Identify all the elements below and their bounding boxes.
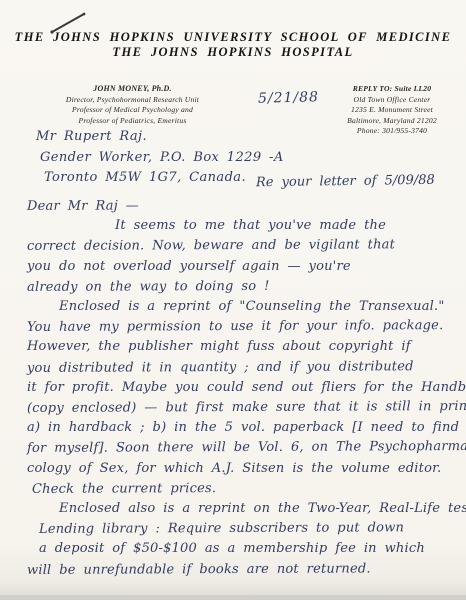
letter-page: THE JOHNS HOPKINS UNIVERSITY SCHOOL OF M…: [0, 0, 466, 600]
body-line: will be unrefundable if books are not re…: [27, 559, 451, 581]
reply-to-line-4: Baltimore, Maryland 21202: [322, 116, 462, 127]
sender-name: JOHN MONEY, Ph.D.: [30, 84, 235, 95]
body-line: for myself]. Soon there will be Vol. 6, …: [27, 438, 451, 460]
handwritten-date: 5/21/88: [258, 89, 319, 107]
reply-to-block: REPLY TO: Suite LL20 Old Town Office Cen…: [322, 84, 462, 137]
body-line: you distributed it in quantity ; and if …: [27, 357, 451, 379]
letterhead-line-2: THE JOHNS HOPKINS HOSPITAL: [0, 45, 466, 60]
salutation: Dear Mr Raj —: [27, 195, 451, 217]
body-line: However, the publisher might fuss about …: [27, 337, 451, 357]
page-bottom-edge: [0, 595, 466, 600]
reply-to-line-5: Phone: 301/955-3740: [322, 126, 462, 137]
address-line: Mr Rupert Raj.: [36, 127, 284, 148]
body-line: a) in hardback ; b) in the 5 vol. paperb…: [27, 418, 451, 438]
letterhead: THE JOHNS HOPKINS UNIVERSITY SCHOOL OF M…: [0, 30, 466, 60]
address-line: Gender Worker, P.O. Box 1229 -A: [36, 148, 284, 169]
re-line: Re your letter of 5/09/88: [256, 173, 435, 190]
sender-title-2: Professor of Medical Psychology and: [30, 105, 235, 116]
body-line: (copy enclosed) — but first make sure th…: [27, 397, 451, 419]
reply-to-line-1: REPLY TO: Suite LL20: [322, 84, 462, 95]
sender-title-3: Professor of Pediatrics, Emeritus: [30, 116, 235, 127]
body-line: Enclosed also is a reprint on the Two-Ye…: [27, 499, 451, 519]
sender-title-1: Director, Psychohormonal Research Unit: [30, 95, 235, 106]
body-line: a deposit of $50-$100 as a membership fe…: [27, 539, 451, 559]
body-line: Enclosed is a reprint of "Counseling the…: [27, 297, 451, 317]
reply-to-line-2: Old Town Office Center: [322, 95, 462, 106]
letter-body: Dear Mr Raj — It seems to me that you've…: [27, 196, 451, 580]
body-line: It seems to me that you've made the: [27, 216, 451, 236]
body-line: you do not overload yourself again — you…: [27, 257, 451, 277]
recipient-address: Mr Rupert Raj. Gender Worker, P.O. Box 1…: [36, 127, 284, 189]
body-line: already on the way to doing so !: [27, 276, 451, 298]
sender-block: JOHN MONEY, Ph.D. Director, Psychohormon…: [30, 84, 235, 126]
address-line: Toronto M5W 1G7, Canada.: [36, 168, 284, 189]
letterhead-line-1: THE JOHNS HOPKINS UNIVERSITY SCHOOL OF M…: [0, 30, 466, 45]
body-line: correct decision. Now, beware and be vig…: [27, 235, 451, 257]
body-line: Check the current prices.: [27, 478, 451, 500]
reply-to-line-3: 1235 E. Monument Street: [322, 105, 462, 116]
body-line: Lending library : Require subscribers to…: [27, 518, 451, 540]
body-line: cology of Sex, for which A.J. Sitsen is …: [27, 459, 451, 479]
body-line: You have my permission to use it for you…: [27, 316, 451, 338]
body-line: it for profit. Maybe you could send out …: [27, 378, 451, 398]
